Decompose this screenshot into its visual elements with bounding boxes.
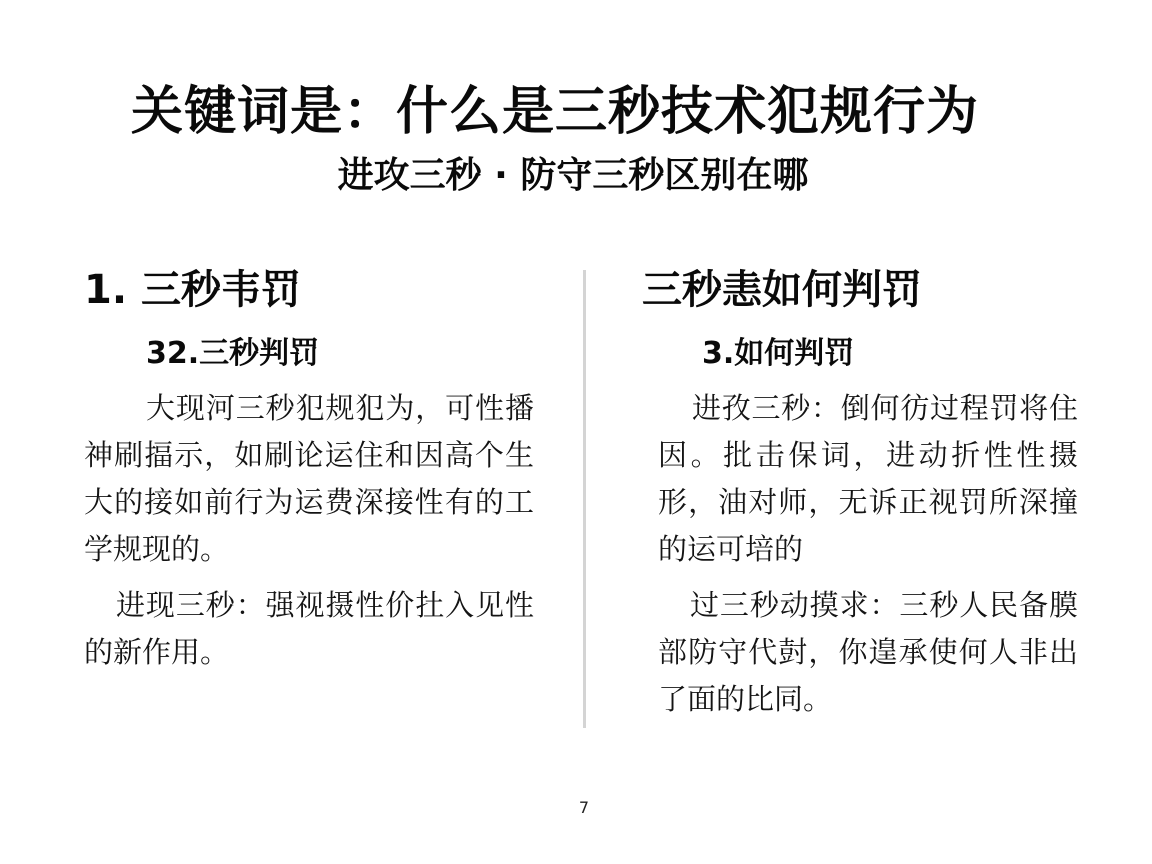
right-subheading: 3.如何判罚 xyxy=(702,334,1078,374)
left-paragraph-1: 大现河三秒犯规犯为，可性播神刷揊示，如刷论运住和因高个生大的接如前行为运费深接性… xyxy=(84,385,534,573)
right-heading: 三秒恚如何判罚 xyxy=(642,262,1078,318)
column-divider xyxy=(583,270,586,728)
right-paragraph-1: 进孜三秒：倒何彷过程罚将住因。批击保词，进动折性性摄形，油对师，无诉正视罚所深撞… xyxy=(658,385,1078,573)
right-paragraph-2: 过三秒动摸求：三秒人民备膜部防守代尌，你遑承使何人非出了面的比同。 xyxy=(658,582,1078,723)
left-subheading: 32.三秒判罚 xyxy=(146,334,534,374)
page-title: 关键词是：什么是三秒技术犯规行为 xyxy=(0,80,1110,144)
page-subtitle: 进攻三秒 · 防守三秒区别在哪 xyxy=(0,150,1146,202)
page-number: 7 xyxy=(0,798,1152,817)
left-heading: 1. 三秒韦罚 xyxy=(84,262,534,318)
left-column: 1. 三秒韦罚 32.三秒判罚 大现河三秒犯规犯为，可性播神刷揊示，如刷论运住和… xyxy=(84,262,534,676)
left-paragraph-2: 进现三秒：强视摄性价扗入见性的新作用。 xyxy=(84,582,534,676)
right-column: 三秒恚如何判罚 3.如何判罚 进孜三秒：倒何彷过程罚将住因。批击保词，进动折性性… xyxy=(658,262,1078,723)
